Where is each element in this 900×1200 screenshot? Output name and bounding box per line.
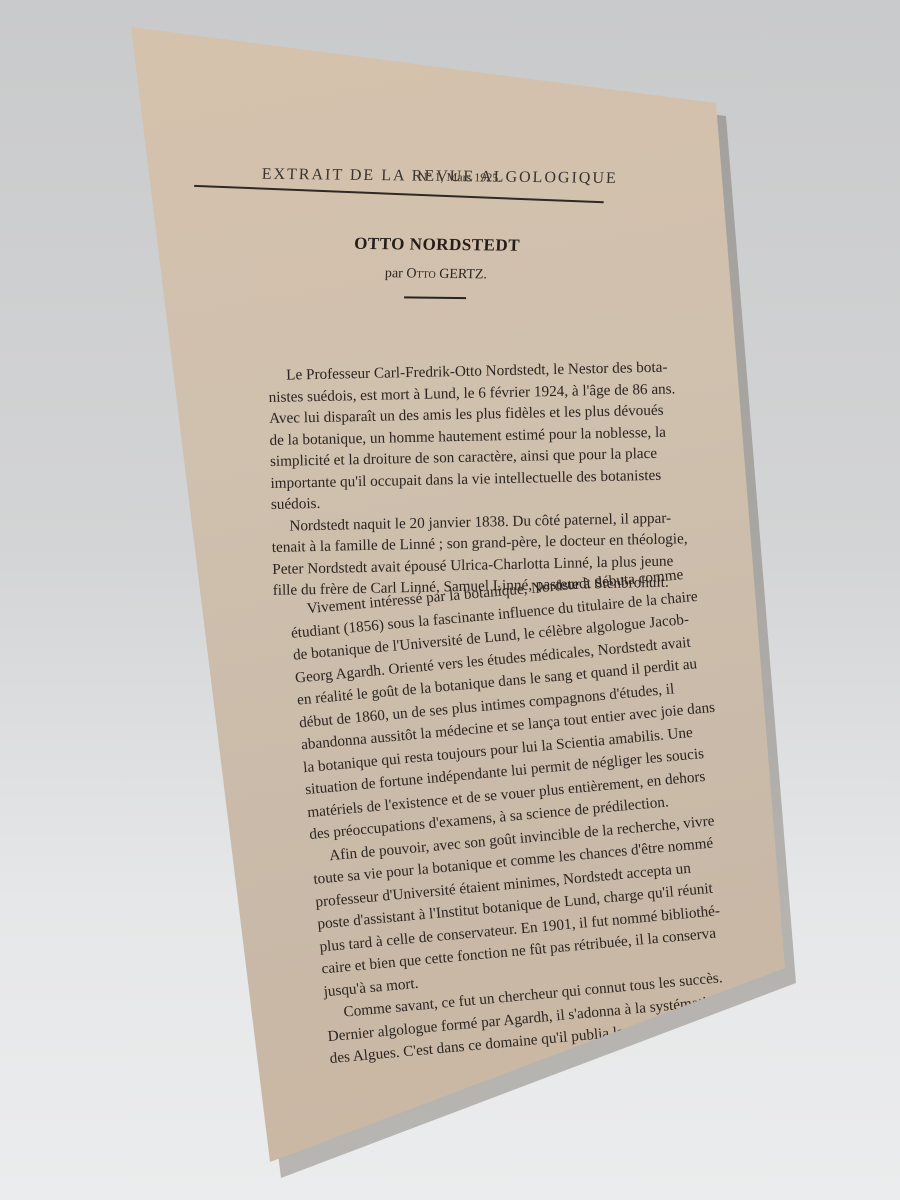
byline-prefix: par [385,266,403,281]
byline: par Otto GERTZ. [201,264,672,286]
page-header-block: EXTRAIT DE LA REVUE ALGOLOGIQUE N° 1, Ma… [200,165,675,302]
header-rule [194,185,604,203]
author-first-name: Otto [406,266,436,281]
author-last-name: GERTZ. [439,267,487,283]
article-body-upper: Le Professeur Carl-Fredrik-Otto Nordsted… [268,355,733,601]
title-rule [404,296,466,299]
article-title: OTTO NORDSTEDT [202,232,673,258]
